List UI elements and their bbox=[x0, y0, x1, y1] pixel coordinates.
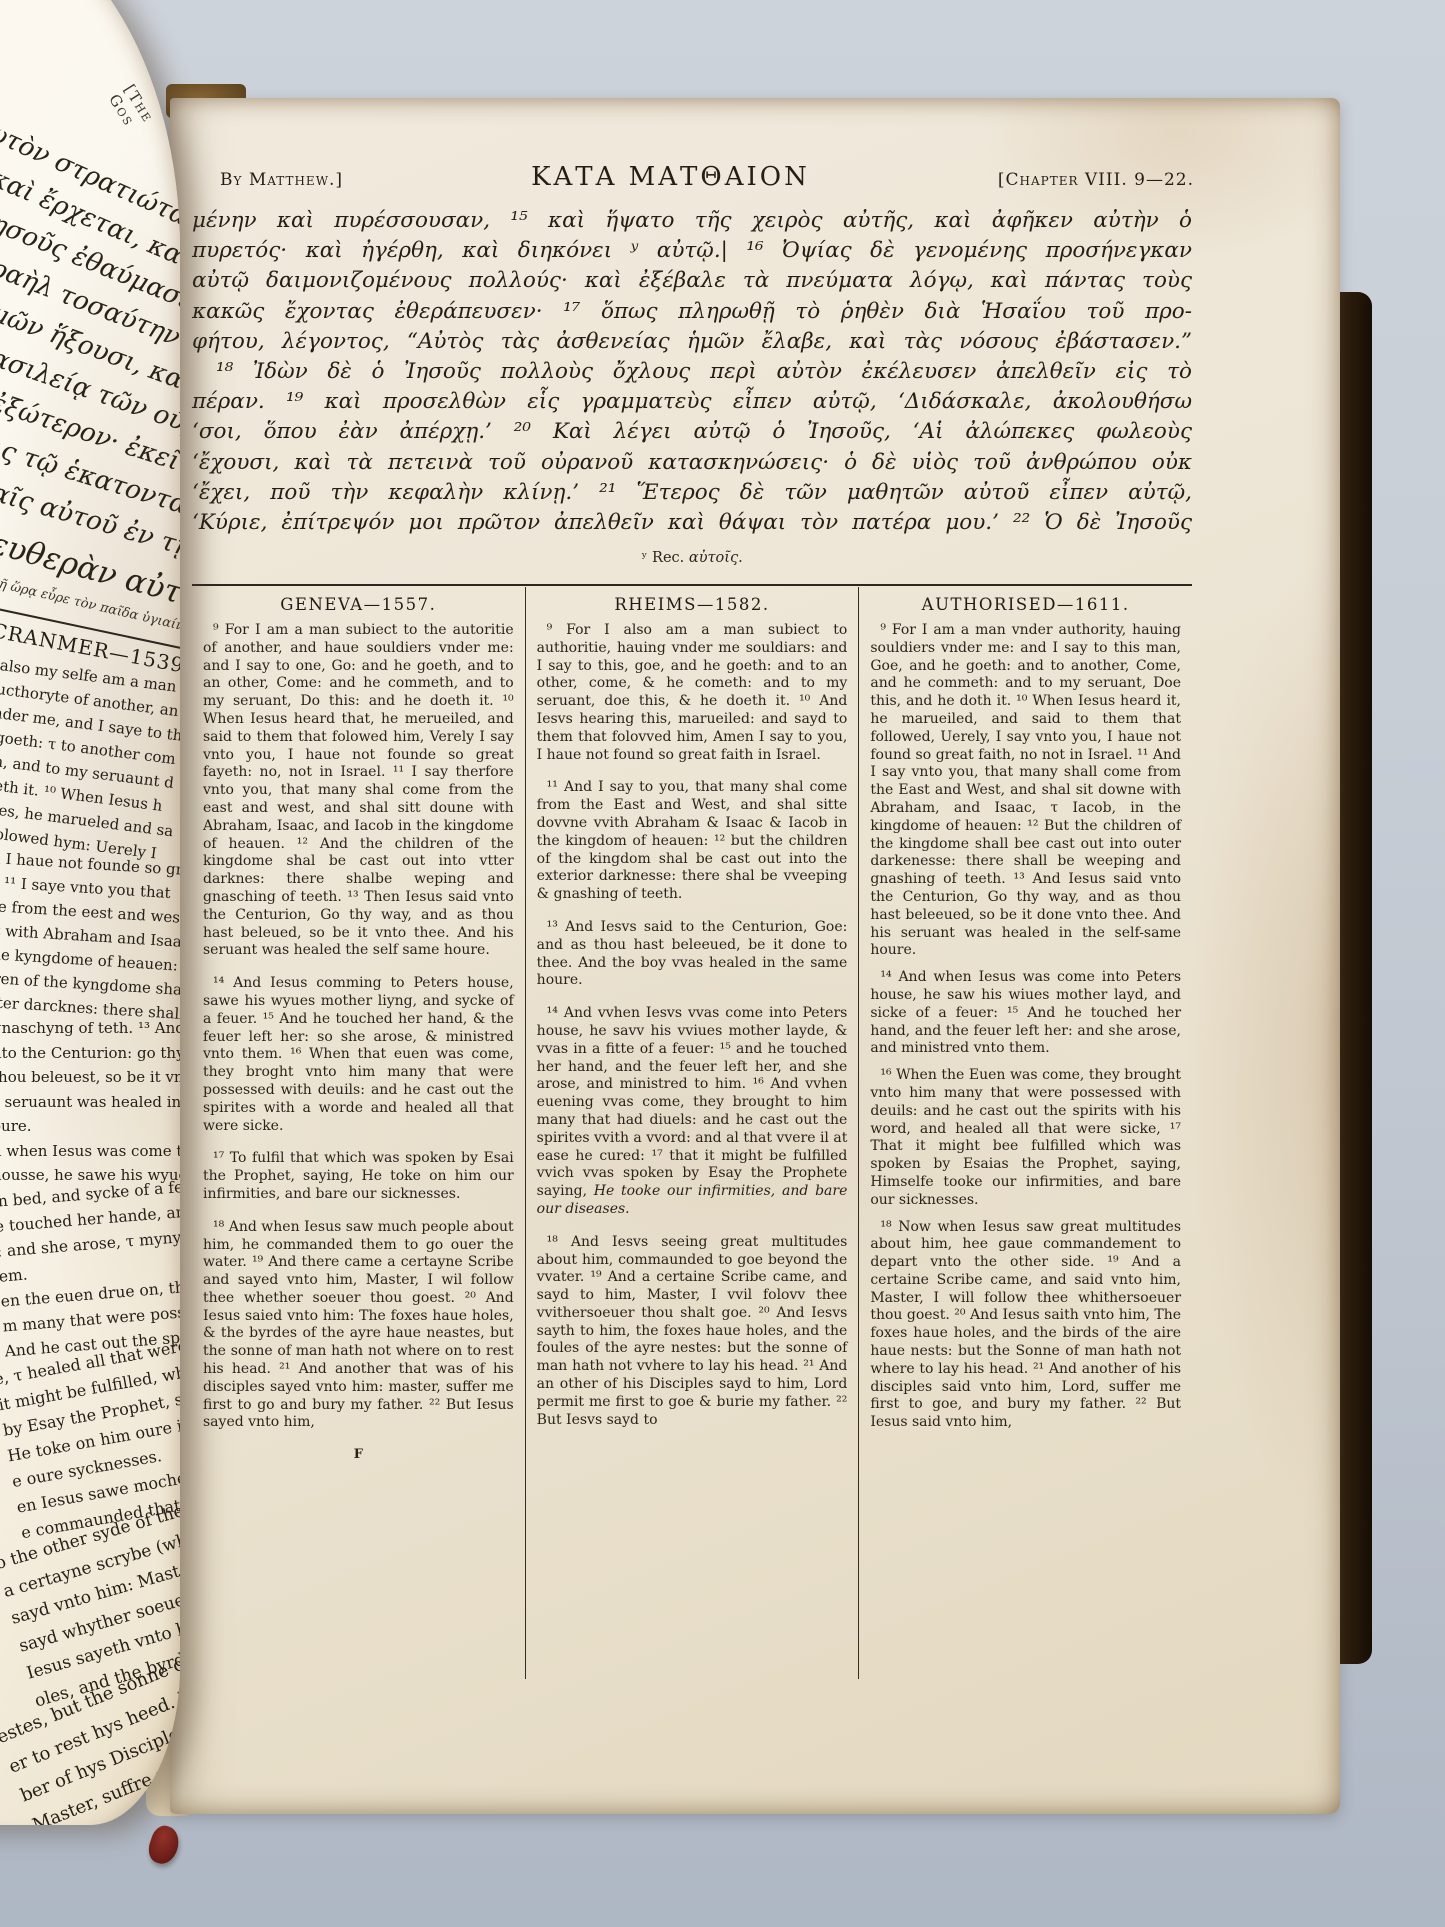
greek-line: ‘ἔχει, ποῦ τὴν κεφαλὴν κλίνῃ.’ ²¹ Ἕτερος… bbox=[192, 478, 1192, 508]
rheims-paragraph: ¹⁸ And Iesvs seeing great multitudes abo… bbox=[537, 1234, 848, 1430]
geneva-paragraph: ⁹ For I am a man subiect to the autoriti… bbox=[203, 622, 514, 960]
cranmer-line: oure. bbox=[0, 1114, 180, 1139]
greek-line: ‘σοι, ὅπου ἐὰν ἀπέρχῃ.’ ²⁰ Καὶ λέγει αὐτ… bbox=[192, 417, 1192, 447]
geneva-paragraph: ¹⁸ And when Iesus saw much people about … bbox=[203, 1219, 514, 1433]
cranmer-line: nto the Centurion: go thy w bbox=[0, 1041, 180, 1066]
page-title: ΚΑΤΑ ΜΑΤΘΑΙΟΝ bbox=[531, 162, 810, 192]
running-header-left: By Matthew.] bbox=[220, 170, 343, 190]
cranmer-lines-group: in bed, and sycke of a fe e touched her … bbox=[0, 1175, 180, 1364]
horizontal-rule bbox=[192, 584, 1192, 586]
previous-page-greek-fragments: υτὸν στρατιώτας κ καὶ ἔρχεται, κα ησοῦς … bbox=[0, 110, 180, 515]
cranmer-line: thou beleuest, so be it vnt bbox=[0, 1065, 180, 1090]
greek-line: φήτου, λέγοντος, “Αὐτὸς τὰς ἀσθενείας ἡμ… bbox=[192, 327, 1192, 357]
cranmer-lines-group: gnaschyng of teth. ¹³ And nto the Centur… bbox=[0, 1016, 180, 1188]
geneva-paragraph: ¹⁴ And Iesus comming to Peters house, sa… bbox=[203, 975, 514, 1135]
parallel-columns: GENEVA—1557. ⁹ For I am a man subiect to… bbox=[192, 587, 1192, 1679]
cranmer-line: s seruaunt was healed in the bbox=[0, 1090, 180, 1115]
greek-line: ‘ἔχουσι, καὶ τὰ πετεινὰ τοῦ οὐρανοῦ κατα… bbox=[192, 448, 1192, 478]
greek-line: μένην καὶ πυρέσσουσαν, ¹⁵ καὶ ἥψατο τῆς … bbox=[192, 206, 1192, 236]
greek-text-block: μένην καὶ πυρέσσουσαν, ¹⁵ καὶ ἥψατο τῆς … bbox=[192, 206, 1192, 538]
cranmer-line: gnaschyng of teth. ¹³ And bbox=[0, 1016, 180, 1041]
rheims-paragraph: ⁹ For I also am a man subiect to authori… bbox=[537, 622, 848, 764]
column-title-rheims: RHEIMS—1582. bbox=[537, 595, 848, 614]
hexapla-page: By Matthew.] ΚΑΤΑ ΜΑΤΘΑΙΟΝ [Chapter VIII… bbox=[170, 98, 1340, 1814]
column-title-authorised: AUTHORISED—1611. bbox=[870, 595, 1181, 614]
authorised-paragraph: ⁹ For I am a man vnder authority, hauing… bbox=[870, 622, 1181, 960]
greek-line: αὐτῷ δαιμονιζομένους πολλούς· καὶ ἐξέβαλ… bbox=[192, 266, 1192, 296]
footnote-greek: αὐτοῖς. bbox=[689, 550, 743, 566]
cranmer-lines-group: u I haue not founde so grea l. ¹¹ I saye… bbox=[0, 846, 180, 1025]
column-geneva: GENEVA—1557. ⁹ For I am a man subiect to… bbox=[192, 587, 525, 1679]
greek-line: ¹⁸ Ἰδὼν δὲ ὁ Ἰησοῦς πολλοὺς ὄχλους περὶ … bbox=[192, 357, 1192, 387]
greek-line: κακῶς ἔχοντας ἐθεράπευσεν· ¹⁷ ὅπως πληρω… bbox=[192, 297, 1192, 327]
geneva-paragraph: ¹⁷ To fulfil that which was spoken by Es… bbox=[203, 1150, 514, 1203]
column-rheims: RHEIMS—1582. ⁹ For I also am a man subie… bbox=[525, 587, 860, 1679]
footnote-label: ʸ Rec. bbox=[641, 550, 689, 566]
running-header-right: [Chapter VIII. 9—22. bbox=[998, 170, 1194, 190]
authorised-paragraph: ¹⁶ When the Euen was come, they brought … bbox=[870, 1067, 1181, 1209]
page-header: By Matthew.] ΚΑΤΑ ΜΑΤΘΑΙΟΝ [Chapter VIII… bbox=[220, 162, 1194, 192]
rheims-paragraph-normal: ¹⁴ And vvhen Iesvs vvas come into Peters… bbox=[537, 1005, 848, 1199]
greek-line: ‘Κύριε, ἐπίτρεψόν μοι πρῶτον ἀπελθεῖν κα… bbox=[192, 508, 1192, 538]
cranmer-lines-group: l also my selfe am a man su aucthoryte o… bbox=[0, 652, 179, 865]
signature-mark: F bbox=[203, 1447, 514, 1462]
column-authorised: AUTHORISED—1611. ⁹ For I am a man vnder … bbox=[859, 587, 1192, 1679]
rheims-paragraph: ¹⁴ And vvhen Iesvs vvas come into Peters… bbox=[537, 1005, 848, 1219]
column-title-geneva: GENEVA—1557. bbox=[203, 595, 514, 614]
rheims-paragraph: ¹³ And Iesvs said to the Centurion, Goe:… bbox=[537, 919, 848, 990]
cranmer-line: d when Iesus was come t bbox=[0, 1139, 180, 1164]
greek-line: πυρετός· καὶ ἠγέρθη, καὶ διηκόνει ʸ αὐτῷ… bbox=[192, 236, 1192, 266]
curled-previous-page: [The Gos υτὸν στρατιώτας κ καὶ ἔρχεται, … bbox=[0, 0, 180, 1825]
rheims-paragraph: ¹¹ And I say to you, that many shal come… bbox=[537, 779, 848, 904]
authorised-paragraph: ¹⁸ Now when Iesus saw great multitudes a… bbox=[870, 1219, 1181, 1433]
textual-footnote: ʸ Rec. αὐτοῖς. bbox=[192, 550, 1192, 566]
greek-line: πέραν. ¹⁹ καὶ προσελθὼν εἷς γραμματεὺς ε… bbox=[192, 387, 1192, 417]
authorised-paragraph: ¹⁴ And when Iesus was come into Peters h… bbox=[870, 969, 1181, 1058]
